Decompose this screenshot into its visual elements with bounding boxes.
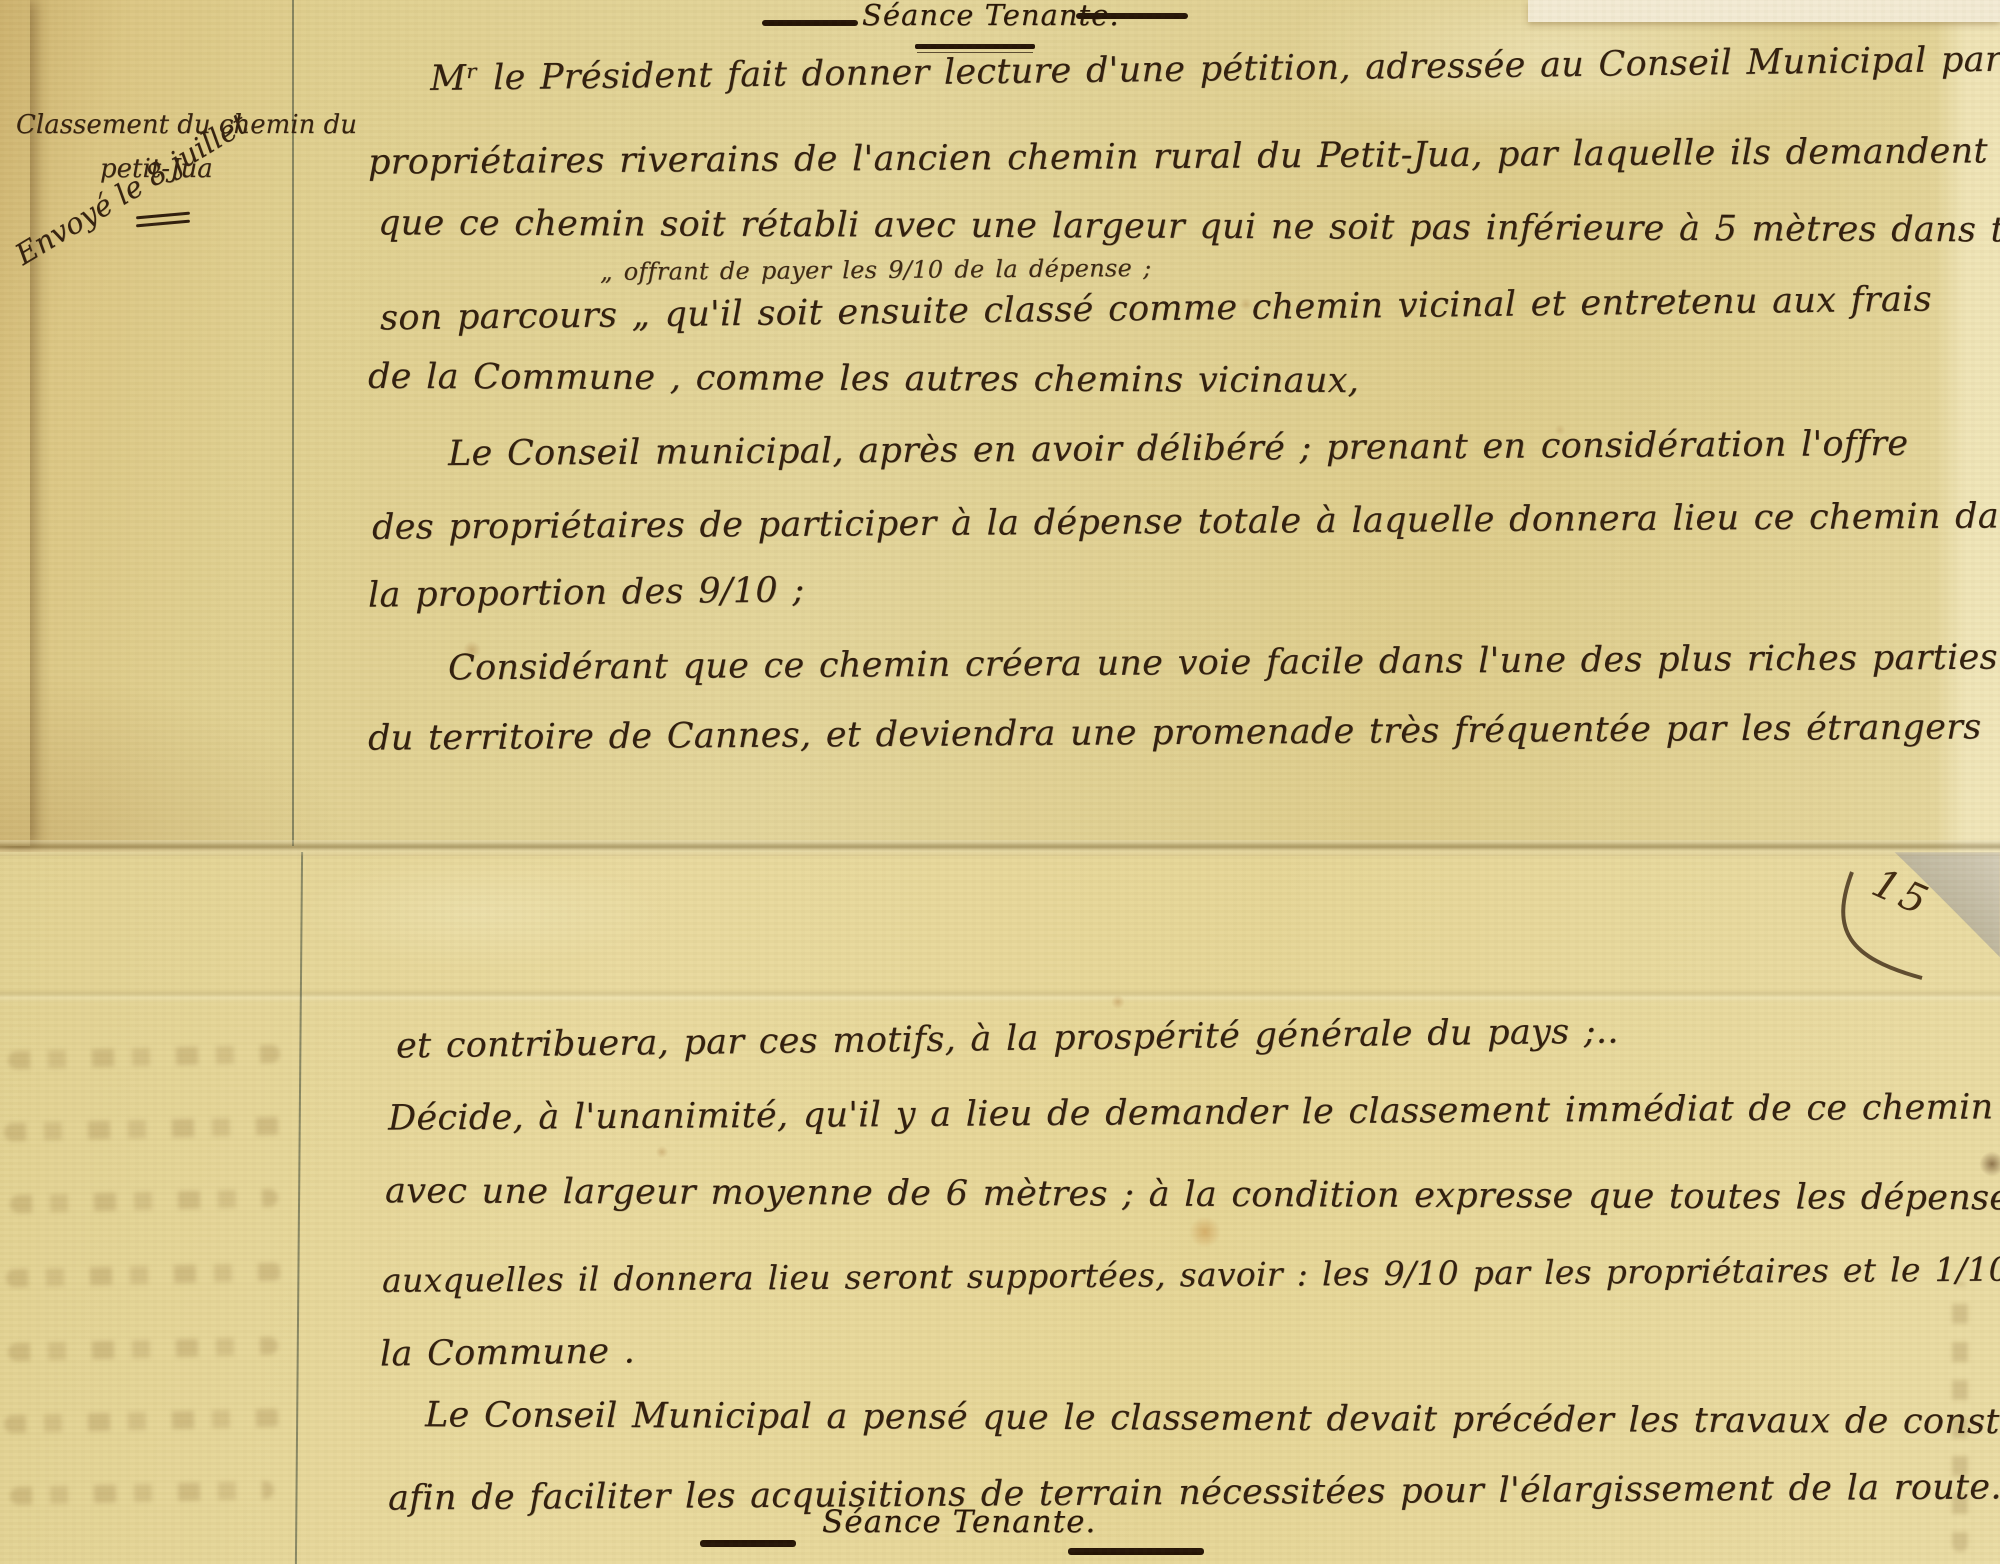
heading-dash — [700, 1540, 796, 1547]
lower-page: 15 et contribuera, par ces motifs, à la … — [0, 852, 2000, 1564]
heading-dash — [1068, 1548, 1204, 1555]
manuscript-scan: Classement du chemin du petit-Jua Envoyé… — [0, 0, 2000, 1564]
upper-page: Classement du chemin du petit-Jua Envoyé… — [0, 0, 2000, 852]
manuscript-text-line: Décide, à l'unanimité, qu'il y a lieu de… — [388, 1090, 1994, 1136]
manuscript-text-line: Considérant que ce chemin créera une voi… — [448, 641, 1998, 687]
manuscript-text-line: Le Conseil Municipal a pensé que le clas… — [425, 1398, 2000, 1440]
manuscript-text-line: de la Commune , comme les autres chemins… — [368, 360, 1359, 399]
lower-body-text: et contribuera, par ces motifs, à la pro… — [0, 852, 2000, 1564]
manuscript-text-line: auxquelles il donnera lieu seront suppor… — [382, 1252, 2000, 1297]
manuscript-text-line: avec une largeur moyenne de 6 mètres ; à… — [385, 1174, 2000, 1216]
closing-heading-text: Séance Tenante. — [822, 1504, 1096, 1540]
manuscript-text-line: la proportion des 9/10 ; — [368, 573, 805, 613]
manuscript-text-line: Le Conseil municipal, après en avoir dél… — [448, 427, 1909, 472]
manuscript-text-line: Mʳ le Président fait donner lecture d'un… — [430, 42, 2000, 97]
manuscript-text-line: et contribuera, par ces motifs, à la pro… — [396, 1015, 1619, 1065]
manuscript-text-line: des propriétaires de participer à la dép… — [372, 499, 2000, 546]
upper-body-text: Mʳ le Président fait donner lecture d'un… — [0, 0, 2000, 852]
manuscript-text-line: la Commune . — [380, 1334, 635, 1372]
manuscript-text-line: afin de faciliter les acquisitions de te… — [388, 1470, 2000, 1516]
manuscript-text-line: du territoire de Cannes, et deviendra un… — [368, 710, 1982, 756]
page-seam — [0, 840, 2000, 856]
manuscript-text-line: propriétaires riverains de l'ancien chem… — [368, 134, 1988, 180]
manuscript-text-line: „ offrant de payer les 9/10 de la dépens… — [600, 256, 1152, 284]
manuscript-text-line: son parcours „ qu'il soit ensuite classé… — [380, 283, 1932, 337]
manuscript-text-line: que ce chemin soit rétabli avec une larg… — [378, 206, 2000, 248]
